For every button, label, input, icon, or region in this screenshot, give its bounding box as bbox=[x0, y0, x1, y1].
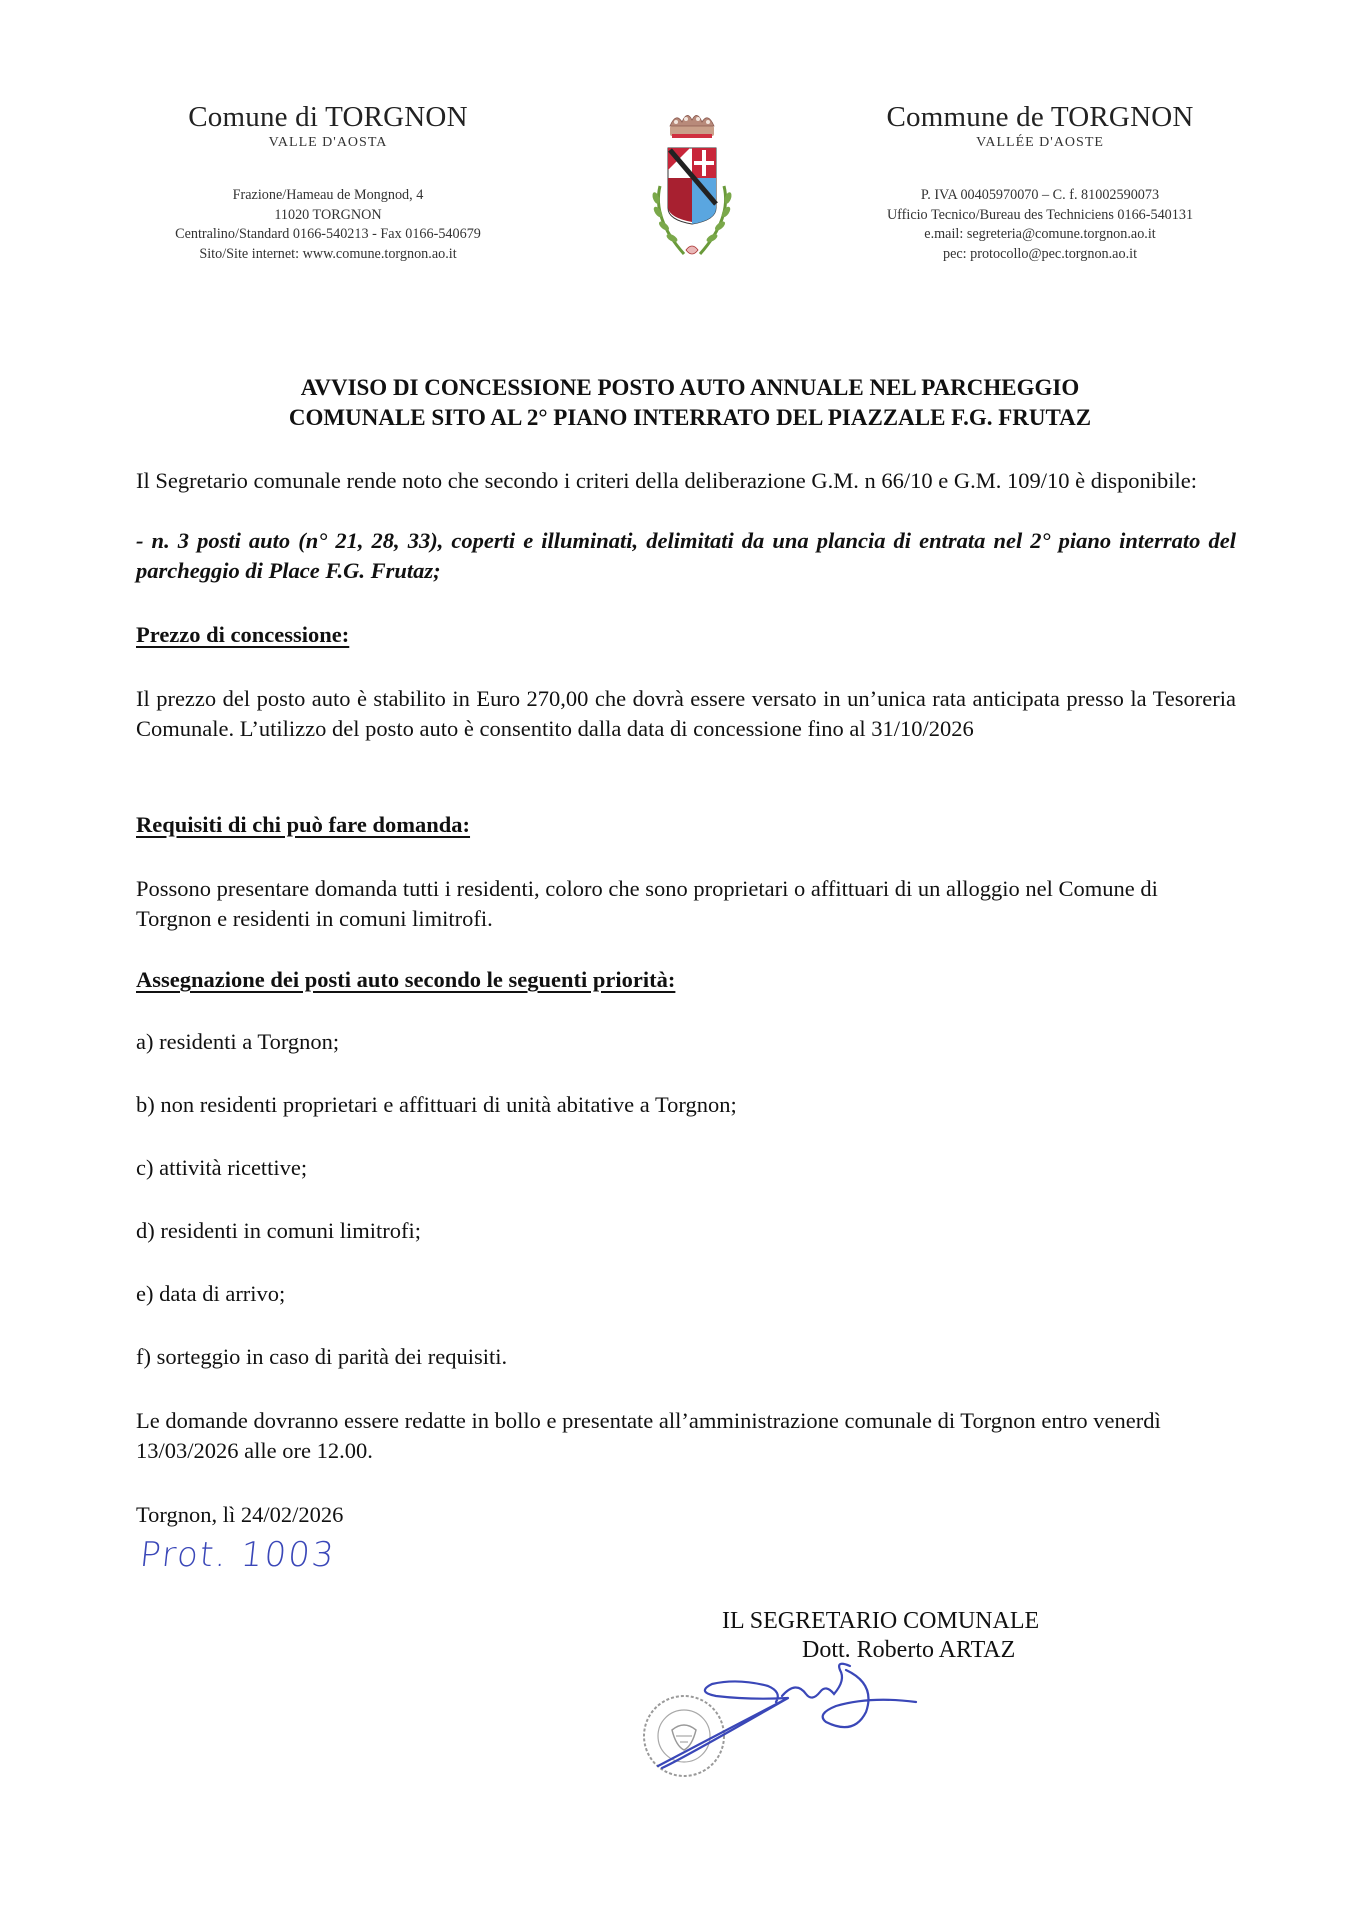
price-heading: Prezzo di concessione: bbox=[136, 622, 349, 648]
intro-paragraph: Il Segretario comunale rende noto che se… bbox=[136, 466, 1236, 496]
technical-office-line: Ufficio Tecnico/Bureau des Techniciens 0… bbox=[830, 206, 1250, 226]
priority-item-f: f) sorteggio in caso di parità dei requi… bbox=[136, 1344, 507, 1370]
phone-fax-line: Centralino/Standard 0166-540213 - Fax 01… bbox=[128, 225, 528, 245]
priority-item-b: b) non residenti proprietari e affittuar… bbox=[136, 1092, 737, 1118]
coat-of-arms-icon bbox=[640, 108, 744, 268]
priority-item-e: e) data di arrivo; bbox=[136, 1281, 285, 1307]
municipality-name-fr: Commune de TORGNON bbox=[830, 100, 1250, 134]
region-name-fr: VALLÉE D'AOSTE bbox=[830, 134, 1250, 152]
priority-item-d: d) residenti in comuni limitrofi; bbox=[136, 1218, 421, 1244]
document-title-line-1: AVVISO DI CONCESSIONE POSTO AUTO ANNUALE… bbox=[140, 373, 1240, 403]
postal-code-line: 11020 TORGNON bbox=[128, 206, 528, 226]
pec-line: pec: protocollo@pec.torgnon.ao.it bbox=[830, 245, 1250, 265]
email-line: e.mail: segreteria@comune.torgnon.ao.it bbox=[830, 225, 1250, 245]
region-name-it: VALLE D'AOSTA bbox=[128, 134, 528, 152]
document-title: AVVISO DI CONCESSIONE POSTO AUTO ANNUALE… bbox=[140, 373, 1240, 433]
letterhead-french: Commune de TORGNON VALLÉE D'AOSTE P. IVA… bbox=[830, 100, 1250, 264]
signature-title: IL SEGRETARIO COMUNALE bbox=[722, 1608, 1039, 1635]
website-line: Sito/Site internet: www.comune.torgnon.a… bbox=[128, 245, 528, 265]
address-line: Frazione/Hameau de Mongnod, 4 bbox=[128, 186, 528, 206]
requirements-paragraph: Possono presentare domanda tutti i resid… bbox=[136, 874, 1236, 934]
requirements-heading: Requisiti di chi può fare domanda: bbox=[136, 812, 470, 838]
availability-paragraph: - n. 3 posti auto (n° 21, 28, 33), coper… bbox=[136, 526, 1236, 586]
document-title-line-2: COMUNALE SITO AL 2° PIANO INTERRATO DEL … bbox=[140, 403, 1240, 433]
place-date: Torgnon, lì 24/02/2026 bbox=[136, 1502, 343, 1528]
municipality-name-it: Comune di TORGNON bbox=[128, 100, 528, 134]
vat-fiscal-code-line: P. IVA 00405970070 – C. f. 81002590073 bbox=[830, 186, 1250, 206]
priority-item-c: c) attività ricettive; bbox=[136, 1155, 307, 1181]
handwritten-protocol-number: Prot. 1003 bbox=[138, 1535, 338, 1575]
deadline-paragraph: Le domande dovranno essere redatte in bo… bbox=[136, 1406, 1236, 1466]
priority-item-a: a) residenti a Torgnon; bbox=[136, 1029, 339, 1055]
letterhead-italian: Comune di TORGNON VALLE D'AOSTA Frazione… bbox=[128, 100, 528, 264]
handwritten-signature-icon bbox=[640, 1640, 970, 1790]
price-paragraph: Il prezzo del posto auto è stabilito in … bbox=[136, 684, 1236, 744]
priorities-heading: Assegnazione dei posti auto secondo le s… bbox=[136, 967, 675, 993]
